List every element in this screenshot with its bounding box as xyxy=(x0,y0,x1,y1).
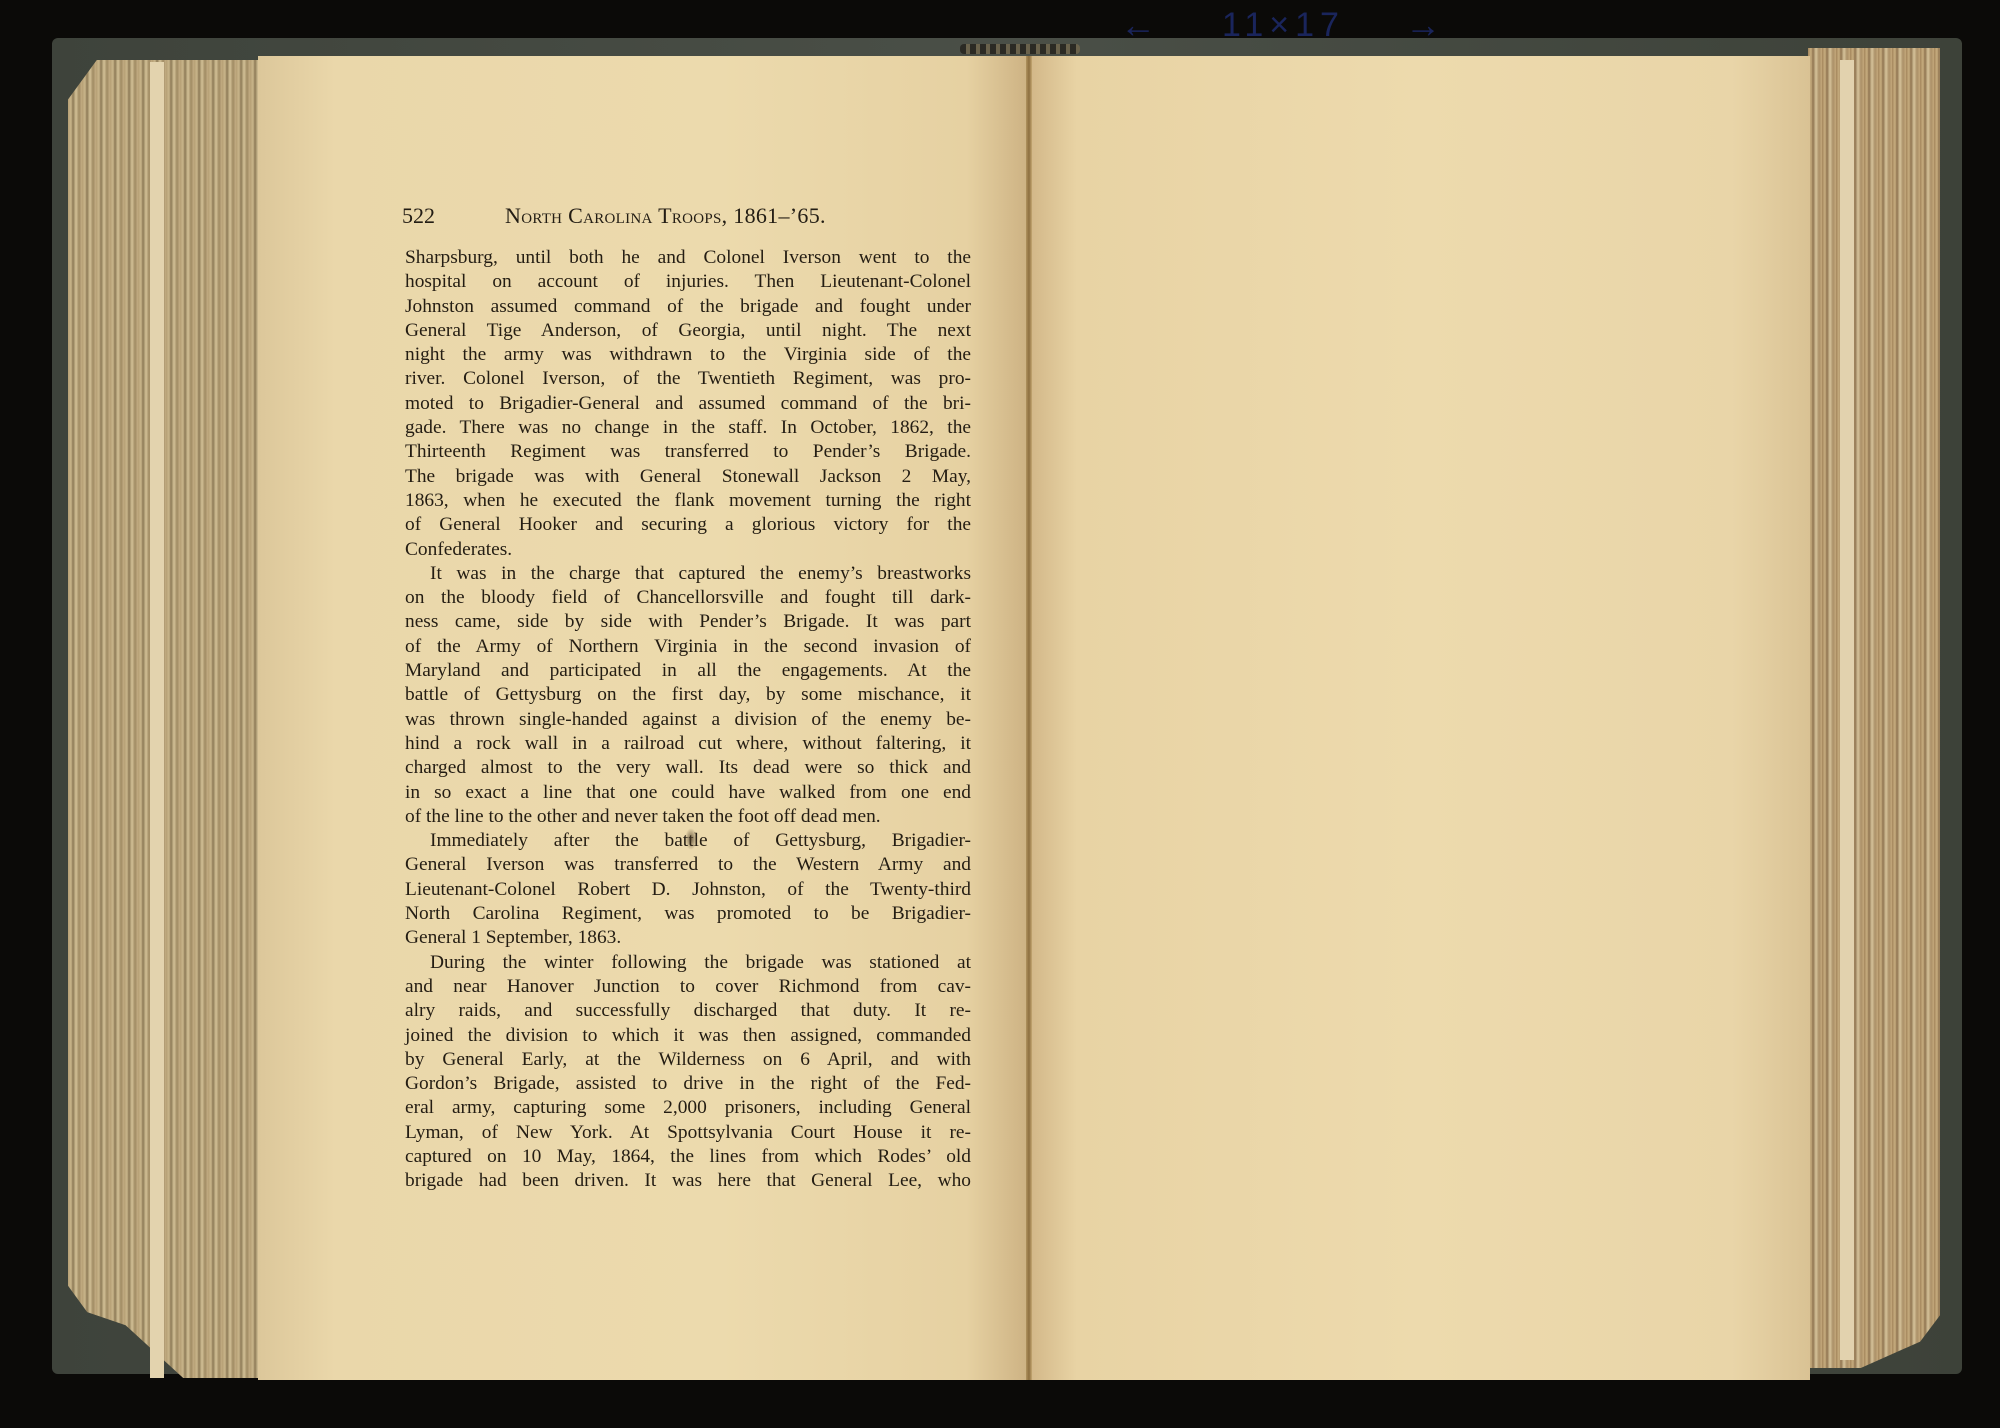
text-line: alry raids, and successfully discharged … xyxy=(405,999,971,1023)
text-line: It was in the charge that captured the e… xyxy=(405,562,971,586)
text-line: Lieutenant-Colonel Robert D. Johnston, o… xyxy=(405,878,971,902)
text-line: General 1 September, 1863. xyxy=(405,926,971,950)
text-line: was thrown single-handed against a divis… xyxy=(405,708,971,732)
text-line: ness came, side by side with Pender’s Br… xyxy=(405,610,971,634)
text-line: captured on 10 May, 1864, the lines from… xyxy=(405,1145,971,1169)
text-line: During the winter following the brigade … xyxy=(405,951,971,975)
text-line: North Carolina Regiment, was promoted to… xyxy=(405,902,971,926)
right-page-edges xyxy=(1808,48,1940,1368)
text-line: gade. There was no change in the staff. … xyxy=(405,416,971,440)
text-line: of the line to the other and never taken… xyxy=(405,805,971,829)
text-line: hind a rock wall in a railroad cut where… xyxy=(405,732,971,756)
left-page-edges xyxy=(68,60,260,1378)
text-line: hospital on account of injuries. Then Li… xyxy=(405,270,971,294)
text-line: Sharpsburg, until both he and Colonel Iv… xyxy=(405,246,971,270)
text-line: joined the division to which it was then… xyxy=(405,1024,971,1048)
book-gutter xyxy=(1026,56,1032,1380)
right-page-edge-highlight xyxy=(1840,60,1854,1360)
text-line: of the Army of Northern Virginia in the … xyxy=(405,635,971,659)
right-page xyxy=(1030,56,1810,1380)
text-line: night the army was withdrawn to the Virg… xyxy=(405,343,971,367)
text-line: on the bloody field of Chancellorsville … xyxy=(405,586,971,610)
body-text: Sharpsburg, until both he and Colonel Iv… xyxy=(405,246,971,1194)
text-line: Gordon’s Brigade, assisted to drive in t… xyxy=(405,1072,971,1096)
text-line: 1863, when he executed the flank movemen… xyxy=(405,489,971,513)
text-line: Thirteenth Regiment was transferred to P… xyxy=(405,440,971,464)
text-line: in so exact a line that one could have w… xyxy=(405,781,971,805)
text-line: General Iverson was transferred to the W… xyxy=(405,853,971,877)
left-page-edge-highlight xyxy=(150,62,164,1378)
text-line: battle of Gettysburg on the first day, b… xyxy=(405,683,971,707)
text-line: brigade had been driven. It was here tha… xyxy=(405,1169,971,1193)
text-line: moted to Brigadier-General and assumed c… xyxy=(405,392,971,416)
text-line: The brigade was with General Stonewall J… xyxy=(405,465,971,489)
text-line: Confederates. xyxy=(405,538,971,562)
text-line: by General Early, at the Wilderness on 6… xyxy=(405,1048,971,1072)
text-line: General Tige Anderson, of Georgia, until… xyxy=(405,319,971,343)
text-line: and near Hanover Junction to cover Richm… xyxy=(405,975,971,999)
text-line: Maryland and participated in all the eng… xyxy=(405,659,971,683)
text-line: river. Colonel Iverson, of the Twentieth… xyxy=(405,367,971,391)
text-line: Johnston assumed command of the brigade … xyxy=(405,295,971,319)
text-line: of General Hooker and securing a gloriou… xyxy=(405,513,971,537)
page-number: 522 xyxy=(402,203,505,229)
text-line: Lyman, of New York. At Spottsylvania Cou… xyxy=(405,1121,971,1145)
text-line: charged almost to the very wall. Its dea… xyxy=(405,756,971,780)
text-line: eral army, capturing some 2,000 prisoner… xyxy=(405,1096,971,1120)
running-title: North Carolina Troops, 1861–’65. xyxy=(505,203,826,229)
running-head: 522 North Carolina Troops, 1861–’65. xyxy=(402,203,962,229)
spine-headband xyxy=(960,44,1080,54)
page-stain xyxy=(685,828,697,850)
